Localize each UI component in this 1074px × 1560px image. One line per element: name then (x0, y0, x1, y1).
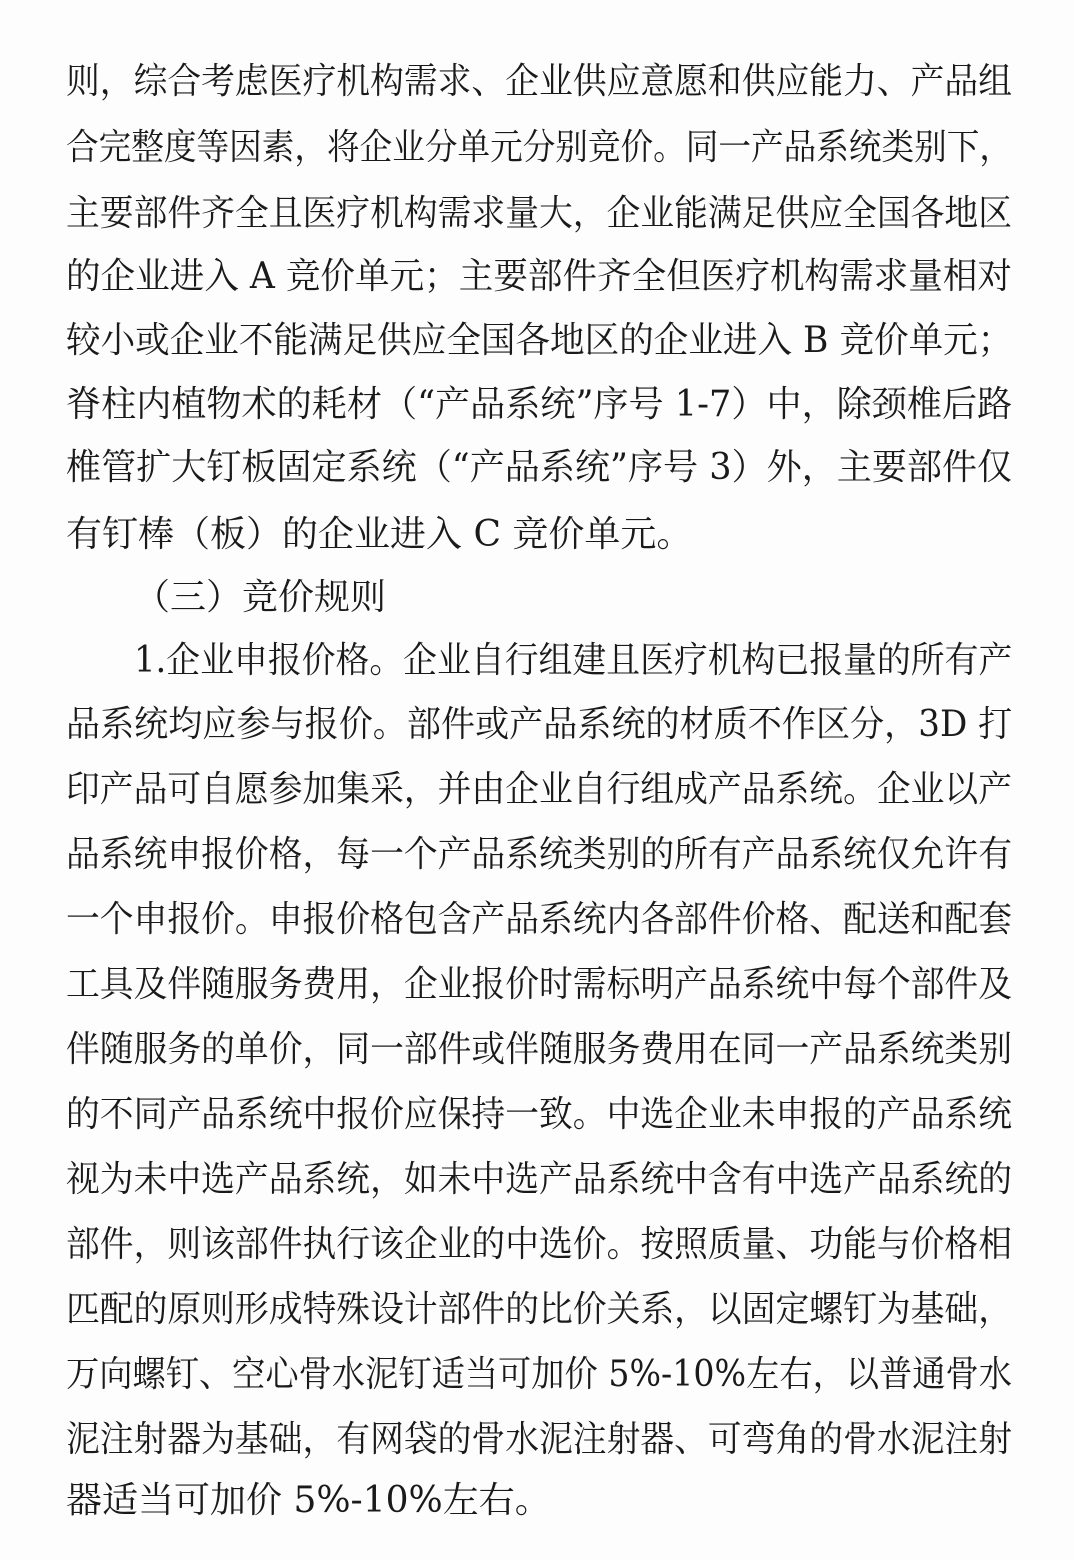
paragraph-line: 则，综合考虑医疗机构需求、企业供应意愿和供应能力、产品组 (66, 59, 1012, 105)
paragraph-line-indented: 1.企业申报价格。企业自行组建且医疗机构已报量的所有产 (134, 638, 1012, 684)
paragraph-line: 工具及伴随服务费用，企业报价时需标明产品系统中每个部件及 (66, 962, 1012, 1008)
section-heading: （三）竞价规则 (134, 575, 386, 621)
paragraph-line: 椎管扩大钉板固定系统（“产品系统”序号 3）外，主要部件仅 (66, 445, 1012, 491)
paragraph-line: 较小或企业不能满足供应全国各地区的企业进入 B 竞价单元； (66, 318, 1012, 364)
paragraph-line: 匹配的原则形成特殊设计部件的比价关系，以固定螺钉为基础， (66, 1287, 1012, 1333)
paragraph-line: 主要部件齐全且医疗机构需求量大，企业能满足供应全国各地区 (66, 191, 1012, 237)
paragraph-line: 一个申报价。申报价格包含产品系统内各部件价格、配送和配套 (66, 897, 1012, 943)
paragraph-line: 品系统均应参与报价。部件或产品系统的材质不作区分，3D 打 (66, 702, 1012, 748)
paragraph-line: 脊柱内植物术的耗材（“产品系统”序号 1-7）中，除颈椎后路 (66, 382, 1012, 428)
paragraph-line: 部件，则该部件执行该企业的中选价。按照质量、功能与价格相 (66, 1222, 1012, 1268)
paragraph-line: 视为未中选产品系统，如未中选产品系统中含有中选产品系统的 (66, 1157, 1012, 1203)
paragraph-line: 品系统申报价格，每一个产品系统类别的所有产品系统仅允许有 (66, 832, 1012, 878)
paragraph-line: 的不同产品系统中报价应保持一致。中选企业未申报的产品系统 (66, 1092, 1012, 1138)
paragraph-line: 器适当可加价 5%-10%左右。 (66, 1478, 1012, 1524)
document-page: 则，综合考虑医疗机构需求、企业供应意愿和供应能力、产品组 合完整度等因素，将企业… (0, 0, 1074, 1560)
paragraph-line: 合完整度等因素，将企业分单元分别竞价。同一产品系统类别下， (66, 125, 1012, 171)
paragraph-line: 万向螺钉、空心骨水泥钉适当可加价 5%-10%左右，以普通骨水 (66, 1352, 1012, 1398)
paragraph-line: 泥注射器为基础，有网袋的骨水泥注射器、可弯角的骨水泥注射 (66, 1417, 1012, 1463)
paragraph-line: 有钉棒（板）的企业进入 C 竞价单元。 (66, 512, 1012, 558)
paragraph-line: 印产品可自愿参加集采，并由企业自行组成产品系统。企业以产 (66, 767, 1012, 813)
paragraph-line: 伴随服务的单价，同一部件或伴随服务费用在同一产品系统类别 (66, 1027, 1012, 1073)
paragraph-line: 的企业进入 A 竞价单元；主要部件齐全但医疗机构需求量相对 (66, 254, 1012, 300)
